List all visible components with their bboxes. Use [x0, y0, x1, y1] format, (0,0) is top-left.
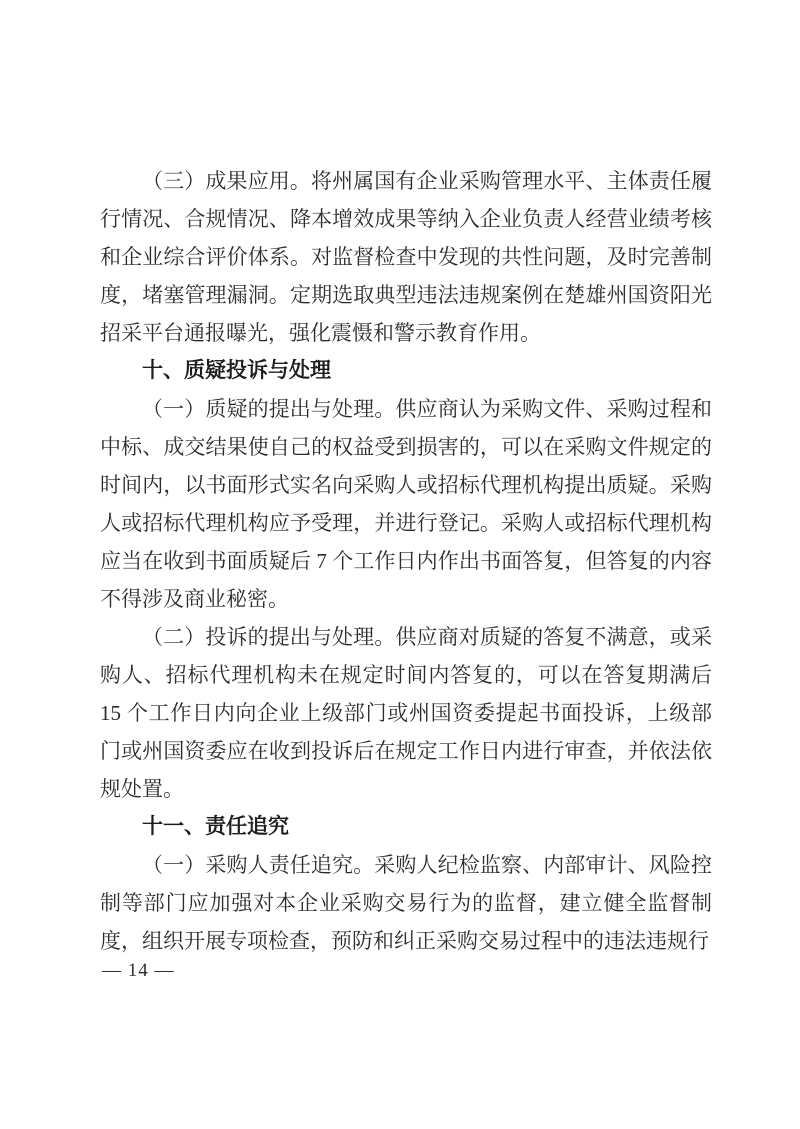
document-body: （三）成果应用。将州属国有企业采购管理水平、主体责任履行情况、合规情况、降本增效…: [100, 162, 712, 960]
paragraph-complaint-handling: （二）投诉的提出与处理。供应商对质疑的答复不满意，或采购人、招标代理机构未在规定…: [100, 618, 712, 808]
paragraph-purchaser-accountability: （一）采购人责任追究。采购人纪检监察、内部审计、风险控制等部门应加强对本企业采购…: [100, 846, 712, 960]
section-heading-accountability: 十一、责任追究: [100, 808, 712, 846]
section-heading-challenge-complaint: 十、质疑投诉与处理: [100, 352, 712, 390]
paragraph-challenge-handling: （一）质疑的提出与处理。供应商认为采购文件、采购过程和中标、成交结果使自己的权益…: [100, 390, 712, 618]
paragraph-results-application: （三）成果应用。将州属国有企业采购管理水平、主体责任履行情况、合规情况、降本增效…: [100, 162, 712, 352]
page-number: — 14 —: [102, 958, 175, 984]
document-page: （三）成果应用。将州属国有企业采购管理水平、主体责任履行情况、合规情况、降本增效…: [0, 0, 800, 1129]
